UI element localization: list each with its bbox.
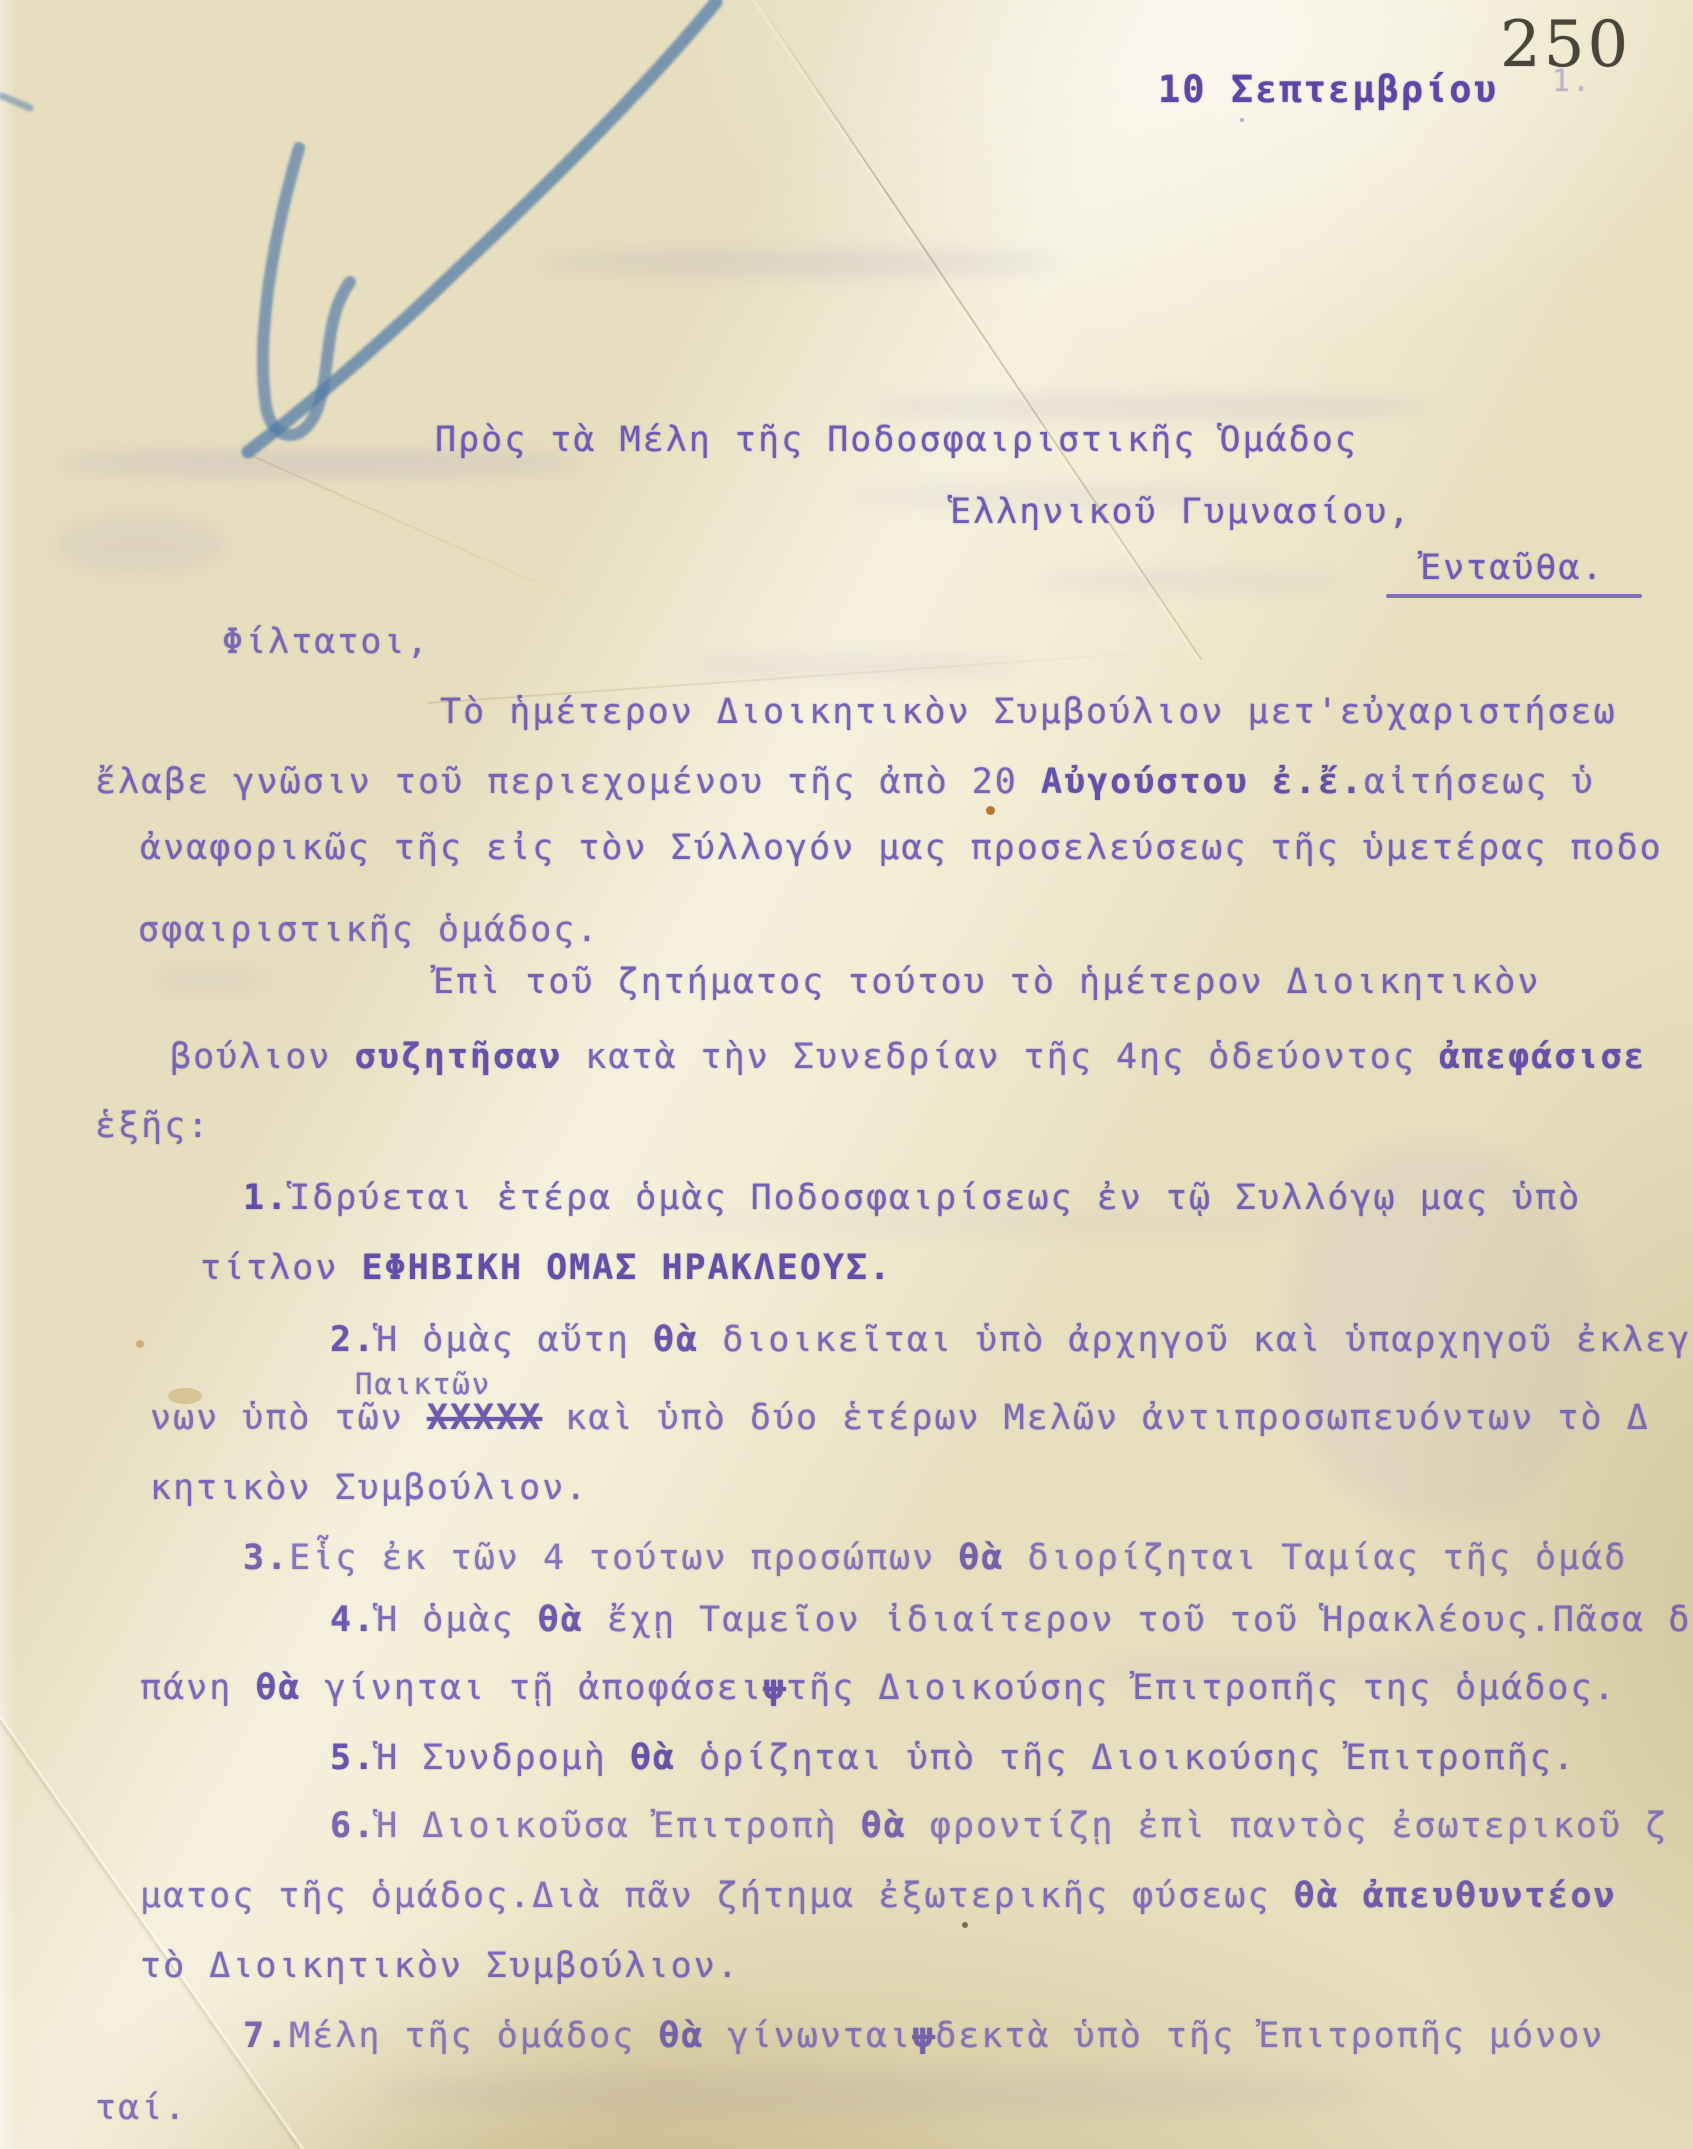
- typed-line-segment: ψ: [912, 2016, 935, 2056]
- typed-line-segment: 5.: [330, 1738, 376, 1778]
- typed-line: ἑξῆς:: [95, 1106, 210, 1146]
- typed-line: ταί.: [95, 2088, 187, 2128]
- ink-bleed-smudge: [870, 395, 1430, 419]
- typed-line: τὸ Διοικητικὸν Συμβούλιον.: [140, 1946, 740, 1986]
- typed-line-segment: θὰ: [958, 1538, 1004, 1578]
- typed-line-segment: θὰ: [538, 1600, 584, 1640]
- typed-line-segment: Μέλη τῆς ὁμάδος: [289, 2016, 658, 2056]
- typed-line-segment: τίτλον: [200, 1248, 362, 1288]
- typed-line-segment: Παικτῶν: [355, 1367, 491, 1401]
- salutation: Φίλτατοι,: [222, 622, 430, 662]
- typed-line: πάνη θὰ γίνηται τῇ ἀποφάσειψτῆς Διοικούσ…: [140, 1668, 1617, 1708]
- typed-line-segment: βούλιον: [170, 1037, 355, 1077]
- typed-line: σφαιριστικῆς ὁμάδος.: [138, 910, 599, 950]
- typed-line-segment: κητικὸν Συμβούλιον.: [150, 1468, 588, 1508]
- stain-speck: [986, 806, 995, 815]
- typed-line-segment: κατὰ τὴν Συνεδρίαν τῆς 4ης ὁδεύοντος: [562, 1037, 1439, 1077]
- typed-line: τίτλον ΕΦΗΒΙΚΗ ΟΜΑΣ ΗΡΑΚΛΕΟΥΣ.: [200, 1248, 892, 1288]
- date-stamp: 10 Σεπτεμβρίου: [1158, 68, 1498, 111]
- address-to-line: Πρὸς τὰ Μέλη τῆς Ποδοσφαιριστικῆς Ὁμάδος: [435, 420, 1358, 460]
- typed-line-segment: δεκτὰ ὑπὸ τῆς Ἐπιτροπῆς μόνον: [935, 2016, 1604, 2056]
- ink-bleed-smudge: [55, 515, 225, 575]
- typed-line: ματος τῆς ὁμάδος.Διὰ πᾶν ζήτημα ἐξωτερικ…: [140, 1876, 1617, 1916]
- ink-bleed-smudge: [380, 2070, 1360, 2115]
- typed-line: βούλιον συζητῆσαν κατὰ τὴν Συνεδρίαν τῆς…: [170, 1037, 1647, 1077]
- typed-line: 1.Ἱδρύεται ἑτέρα ὁμὰς Ποδοσφαιρίσεως ἐν …: [243, 1178, 1581, 1218]
- typed-line-segment: ματος τῆς ὁμάδος.Διὰ πᾶν ζήτημα ἐξωτερικ…: [140, 1876, 1294, 1916]
- pencil-mark-corner: [2, 96, 30, 108]
- typed-line-segment: διορίζηται Ταμίας τῆς ὁμάδ: [1004, 1538, 1627, 1578]
- address-place: Ἐνταῦθα.: [1420, 548, 1605, 588]
- typed-line-segment: 4.: [330, 1600, 376, 1640]
- typed-line: κητικὸν Συμβούλιον.: [150, 1468, 588, 1508]
- typed-line-segment: ἀπεφάσισε: [1439, 1037, 1647, 1077]
- pencil-stroke-diagonal: [248, 2, 716, 452]
- typed-line-segment: Ἡ Διοικοῦσα Ἐπιτροπὴ: [376, 1806, 861, 1846]
- typed-line-segment: καὶ ὑπὸ δύο ἑτέρων Μελῶν ἀντιπροσωπευόντ…: [542, 1398, 1649, 1438]
- typed-line: 3.Εἷς ἐκ τῶν 4 τούτων προσώπων θὰ διορίζ…: [243, 1538, 1627, 1578]
- typed-line-segment: ψ: [763, 1668, 786, 1708]
- typed-line-segment: Ἡ ὁμὰς αὕτη: [376, 1320, 653, 1360]
- typed-line-segment: συζητῆσαν: [355, 1037, 563, 1077]
- paper-crease: [753, 0, 1202, 660]
- typed-line: 4.Ἡ ὁμὰς θὰ ἔχῃ Ταμεῖον ἰδιαίτερον τοῦ τ…: [330, 1600, 1691, 1640]
- typed-line-segment: θὰ ἀπευθυντέον: [1294, 1876, 1617, 1916]
- pencil-stroke-loop: [263, 148, 350, 435]
- typed-line-segment: σφαιριστικῆς ὁμάδος.: [138, 910, 599, 950]
- typed-line-segment: ἀναφορικῶς τῆς εἰς τὸν Σύλλογόν μας προσ…: [140, 828, 1663, 868]
- typed-line-segment: ΕΦΗΒΙΚΗ ΟΜΑΣ ΗΡΑΚΛΕΟΥΣ.: [362, 1248, 893, 1288]
- typed-line: Παικτῶν: [355, 1367, 491, 1401]
- stain-speck: [962, 1922, 968, 1928]
- stain-speck: [1240, 118, 1244, 122]
- typed-line-segment: πάνη: [140, 1668, 255, 1708]
- typed-line-segment: 3.: [243, 1538, 289, 1578]
- typed-line: ἀναφορικῶς τῆς εἰς τὸν Σύλλογόν μας προσ…: [140, 828, 1663, 868]
- typed-line-segment: ὁρίζηται ὑπὸ τῆς Διοικούσης Ἐπιτροπῆς.: [676, 1738, 1576, 1778]
- ink-bleed-smudge: [1040, 570, 1340, 592]
- typed-line-segment: ἔλαβε γνῶσιν τοῦ περιεχομένου τῆς ἀπὸ 20: [95, 762, 1041, 802]
- typed-line-segment: γίνηται τῇ ἀποφάσει: [302, 1668, 763, 1708]
- typed-line-segment: Ἱδρύεται ἑτέρα ὁμὰς Ποδοσφαιρίσεως ἐν τῷ…: [289, 1178, 1581, 1218]
- typed-line: ἔλαβε γνῶσιν τοῦ περιεχομένου τῆς ἀπὸ 20…: [95, 762, 1595, 802]
- typed-line-segment: 6.: [330, 1806, 376, 1846]
- typed-line-segment: Εἷς ἐκ τῶν 4 τούτων προσώπων: [289, 1538, 958, 1578]
- typed-line: Τὸ ἡμέτερον Διοικητικὸν Συμβούλιον μετ'ε…: [440, 692, 1617, 732]
- place-underline: [1386, 594, 1642, 598]
- typed-line-segment: Αὐγούστου ἐ.ἔ.: [1041, 762, 1364, 802]
- ink-bleed-smudge: [540, 250, 1060, 276]
- stain-speck: [136, 1340, 144, 1348]
- typed-line-segment: θὰ: [653, 1320, 699, 1360]
- ink-bleed-smudge: [690, 655, 1020, 677]
- typed-line-segment: θὰ: [255, 1668, 301, 1708]
- address-org-line: Ἑλληνικοῦ Γυμνασίου,: [950, 492, 1411, 532]
- paper-crease: [0, 1688, 309, 2149]
- typed-line-segment: Ἡ ὁμὰς: [376, 1600, 538, 1640]
- typed-line: Ἐπὶ τοῦ ζητήματος τούτου τὸ ἡμέτερον Διο…: [433, 962, 1540, 1002]
- typed-line-segment: Ἡ Συνδρομὴ: [376, 1738, 630, 1778]
- date-faint-mark: 1.: [1552, 64, 1592, 99]
- typed-line-segment: θὰ: [861, 1806, 907, 1846]
- typed-line-segment: θὰ: [658, 2016, 704, 2056]
- typed-line-segment: θὰ: [630, 1738, 676, 1778]
- typed-line-segment: Τὸ ἡμέτερον Διοικητικὸν Συμβούλιον μετ'ε…: [440, 692, 1617, 732]
- typed-line-segment: ταί.: [95, 2088, 187, 2128]
- typed-line-segment: αἰτήσεως ὑ: [1364, 762, 1595, 802]
- typed-line: 5.Ἡ Συνδρομὴ θὰ ὁρίζηται ὑπὸ τῆς Διοικού…: [330, 1738, 1576, 1778]
- typed-line: νων ὑπὸ τῶν ΧΧΧΧΧ καὶ ὑπὸ δύο ἑτέρων Μελ…: [150, 1398, 1650, 1438]
- typed-line-segment: ἑξῆς:: [95, 1106, 210, 1146]
- typed-line-segment: τὸ Διοικητικὸν Συμβούλιον.: [140, 1946, 740, 1986]
- typed-line-segment: 1.: [243, 1178, 289, 1218]
- typed-line-segment: 7.: [243, 2016, 289, 2056]
- typed-line-segment: φροντίζῃ ἐπὶ παντὸς ἐσωτερικοῦ ζ: [907, 1806, 1668, 1846]
- paper-crease: [245, 452, 639, 629]
- typed-line-segment: γίνωνται: [704, 2016, 912, 2056]
- typed-line-segment: 2.: [330, 1320, 376, 1360]
- typed-line-segment: ἔχῃ Ταμεῖον ἰδιαίτερον τοῦ τοῦ Ἡρακλέους…: [584, 1600, 1691, 1640]
- typed-line-segment: διοικεῖται ὑπὸ ἀρχηγοῦ καὶ ὑπαρχηγοῦ ἐκλ…: [699, 1320, 1691, 1360]
- ink-bleed-smudge: [150, 965, 270, 995]
- typed-line: 6.Ἡ Διοικοῦσα Ἐπιτροπὴ θὰ φροντίζῃ ἐπὶ π…: [330, 1806, 1668, 1846]
- document-page: 250 10 Σεπτεμβρίου 1. Πρὸς τὰ Μέλη τῆς Π…: [0, 0, 1693, 2149]
- typed-line: 7.Μέλη τῆς ὁμάδος θὰ γίνωνταιψδεκτὰ ὑπὸ …: [243, 2016, 1604, 2056]
- typed-line-segment: νων ὑπὸ τῶν: [150, 1398, 427, 1438]
- typed-line-segment: ΧΧΧΧΧ: [427, 1398, 542, 1438]
- typed-line: 2.Ἡ ὁμὰς αὕτη θὰ διοικεῖται ὑπὸ ἀρχηγοῦ …: [330, 1320, 1691, 1360]
- typed-line-segment: Ἐπὶ τοῦ ζητήματος τούτου τὸ ἡμέτερον Διο…: [433, 962, 1540, 1002]
- typed-line-segment: τῆς Διοικούσης Ἐπιτροπῆς της ὁμάδος.: [786, 1668, 1617, 1708]
